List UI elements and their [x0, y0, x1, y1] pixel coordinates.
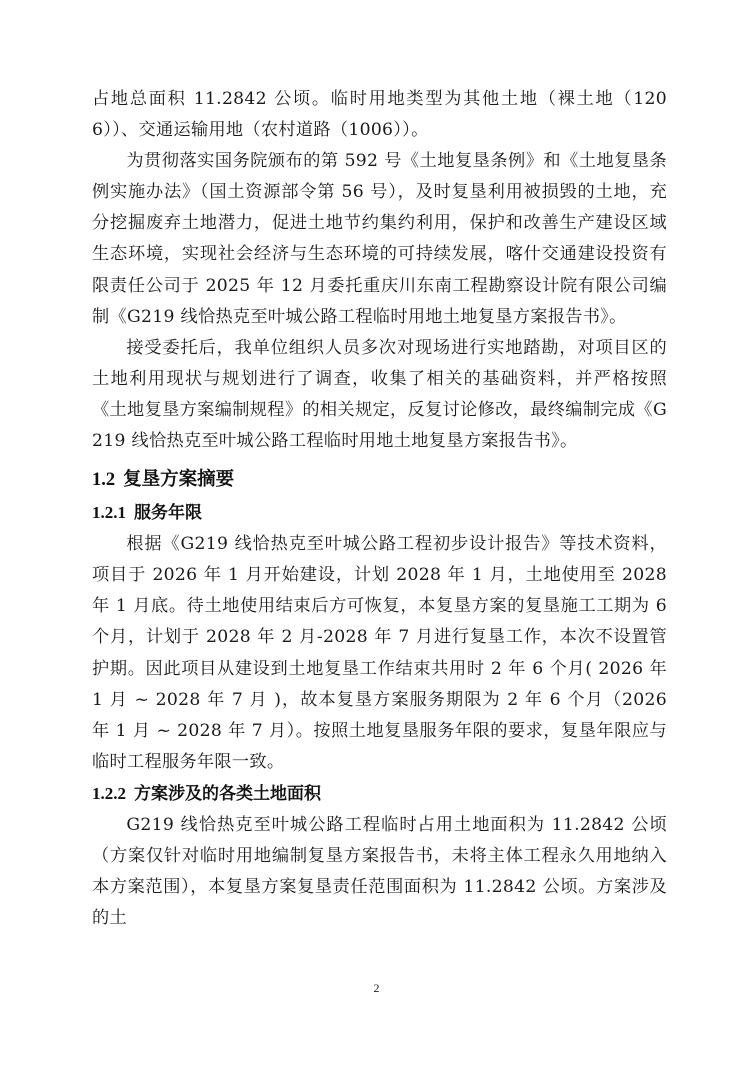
- section-number: 1.2.2: [92, 784, 126, 803]
- document-page: 占地总面积 11.2842 公顷。临时用地类型为其他土地（裸土地（1206））、…: [0, 0, 753, 1066]
- section-title: 复垦方案摘要: [123, 469, 234, 490]
- section-title: 方案涉及的各类土地面积: [134, 784, 321, 804]
- section-heading-1-2-2: 1.2.2方案涉及的各类土地面积: [92, 778, 667, 810]
- page-content: 占地总面积 11.2842 公顷。临时用地类型为其他土地（裸土地（1206））、…: [92, 84, 667, 934]
- section-heading-1-2: 1.2复垦方案摘要: [92, 463, 667, 497]
- section-heading-1-2-1: 1.2.1服务年限: [92, 497, 667, 529]
- paragraph-regulations: 为贯彻落实国务院颁布的第 592 号《土地复垦条例》和《土地复垦条例实施办法》（…: [92, 146, 667, 333]
- paragraph-land-types: 占地总面积 11.2842 公顷。临时用地类型为其他土地（裸土地（1206））、…: [92, 84, 667, 146]
- section-number: 1.2.1: [92, 503, 126, 522]
- paragraph-land-area: G219 线恰热克至叶城公路工程临时占用土地面积为 11.2842 公顷（方案仅…: [92, 810, 667, 934]
- section-number: 1.2: [92, 470, 115, 490]
- page-number: 2: [0, 981, 753, 996]
- section-title: 服务年限: [134, 503, 202, 523]
- paragraph-survey: 接受委托后，我单位组织人员多次对现场进行实地踏勘，对项目区的土地利用现状与规划进…: [92, 333, 667, 457]
- paragraph-service-period: 根据《G219 线恰热克至叶城公路工程初步设计报告》等技术资料，项目于 2026…: [92, 529, 667, 778]
